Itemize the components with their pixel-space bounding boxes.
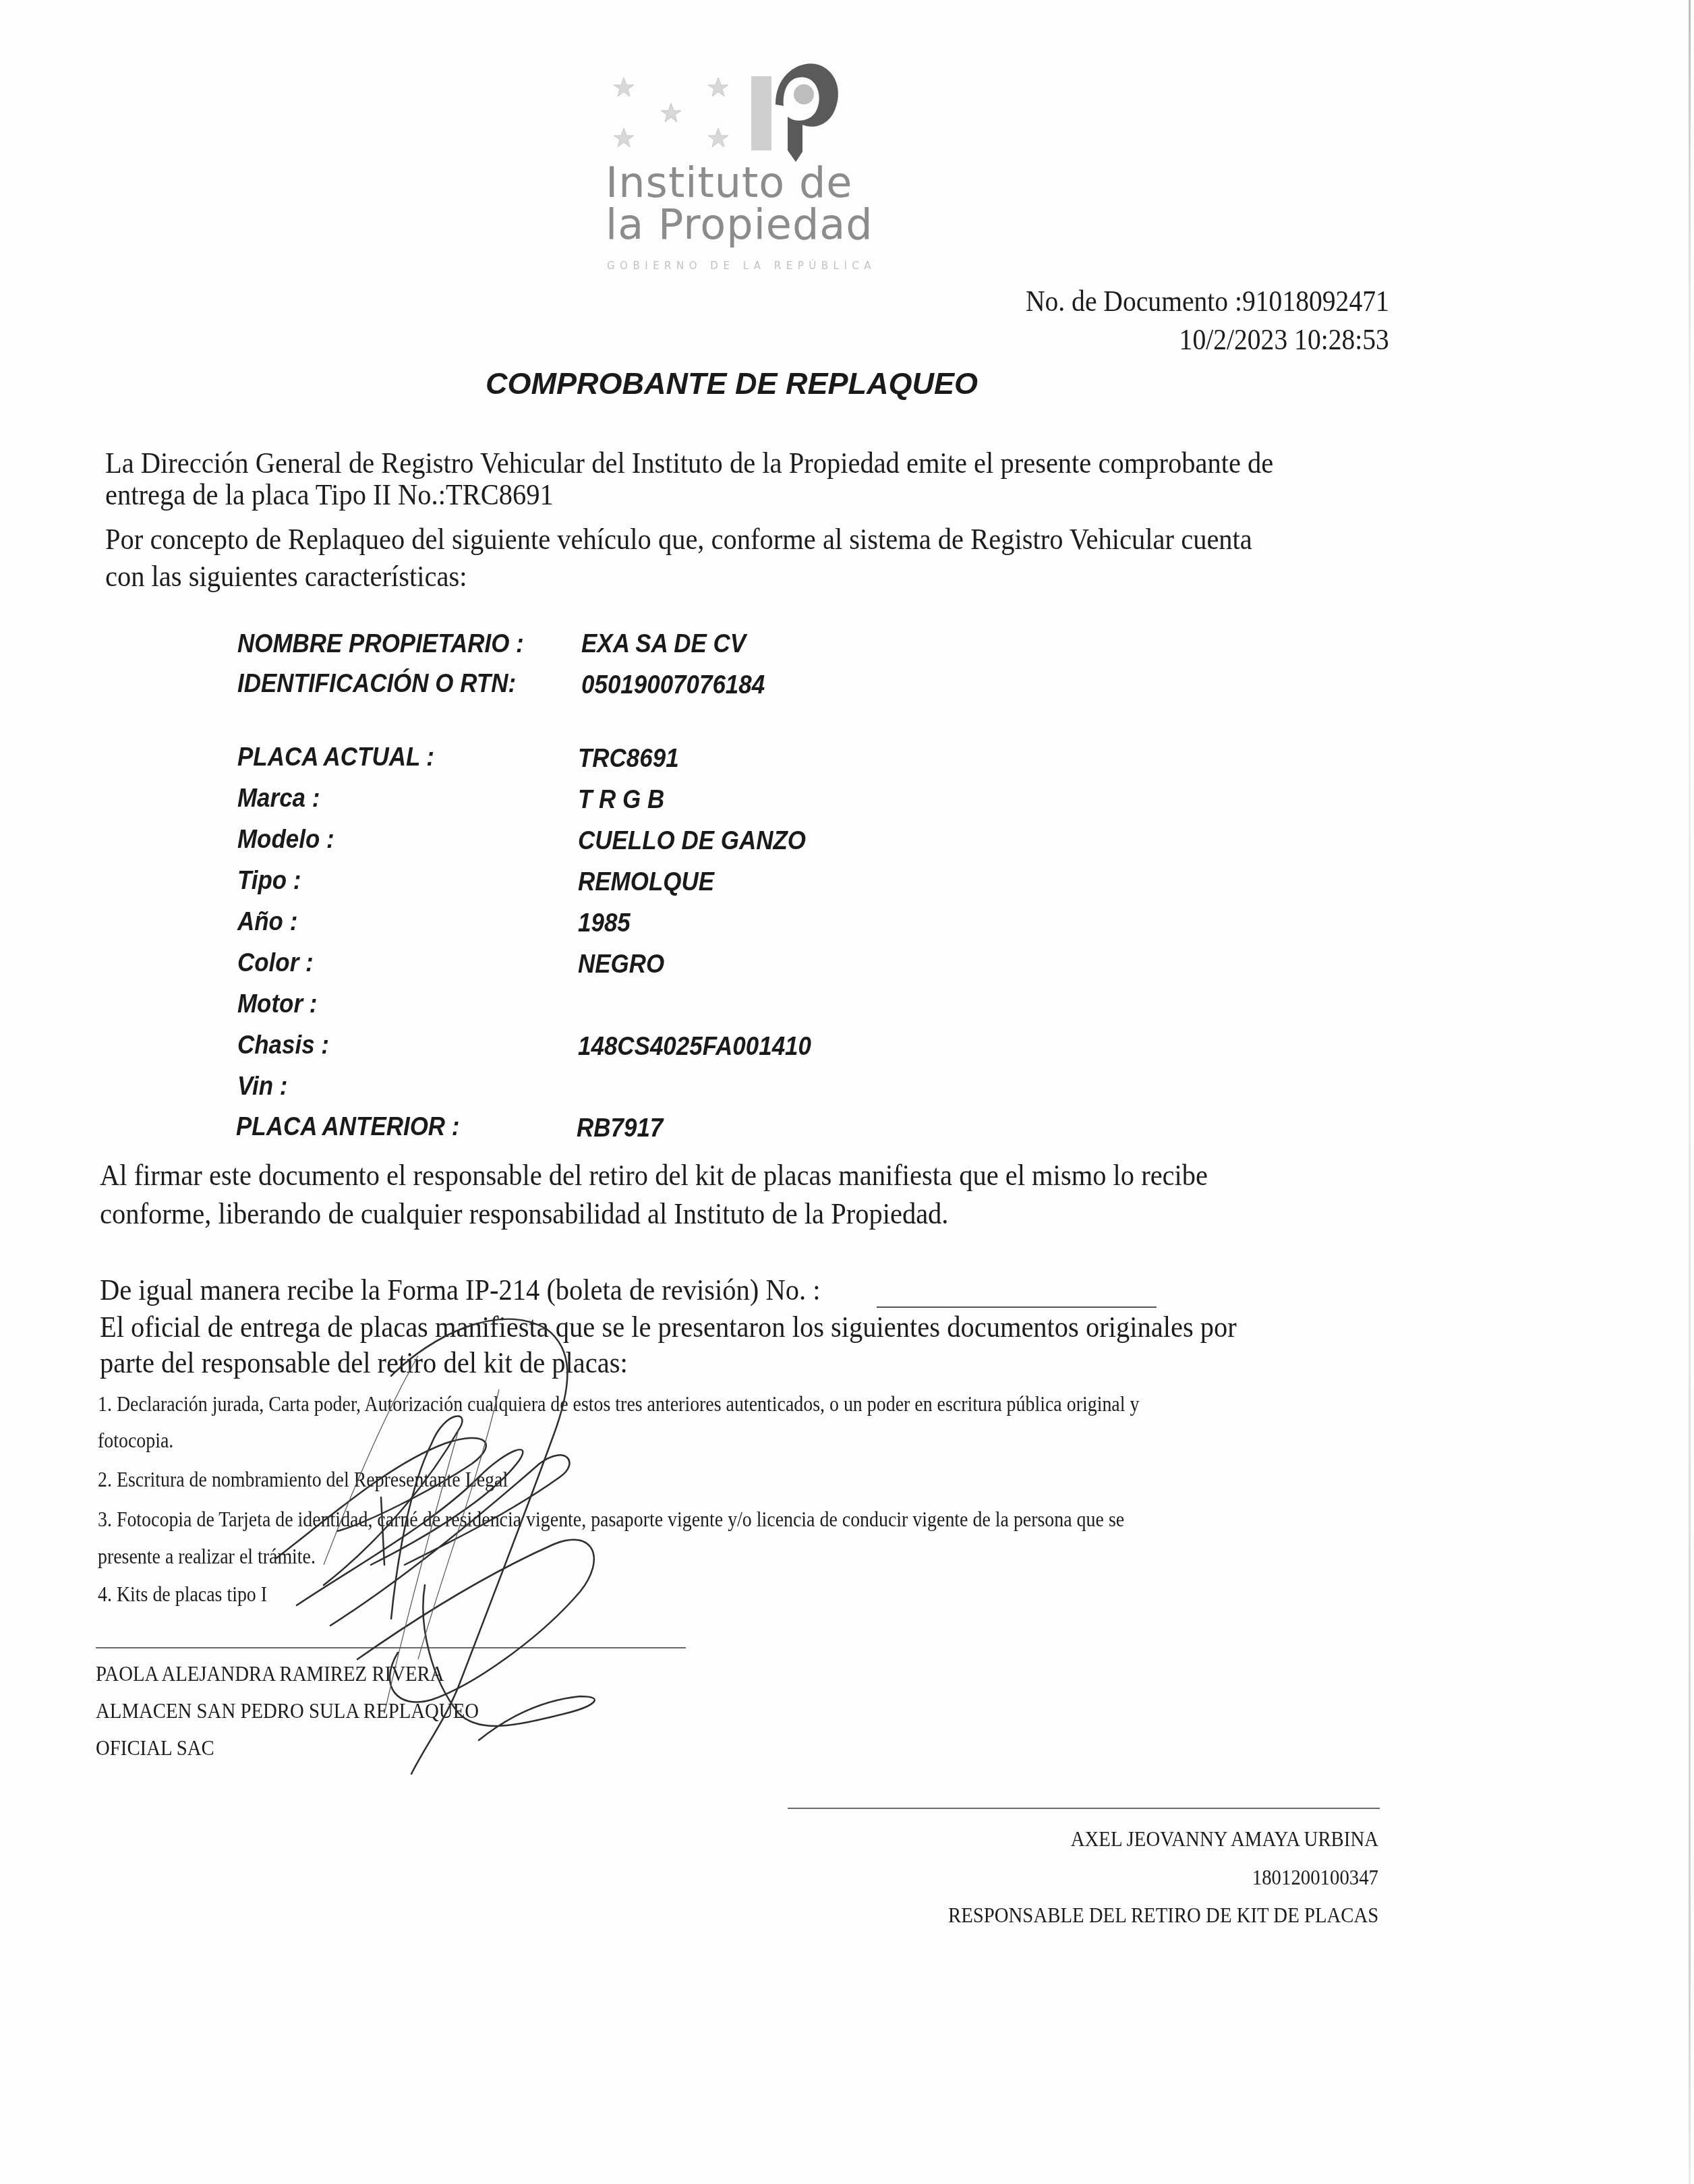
logo-title-line2: la Propiedad	[606, 204, 873, 246]
field-value: 148CS4025FA001410	[578, 1034, 811, 1060]
officer-statement-line: parte del responsable del retiro del kit…	[100, 1348, 628, 1378]
officer-role: OFICIAL SAC	[96, 1737, 214, 1758]
field-label: PLACA ANTERIOR :	[236, 1114, 459, 1140]
logo-title-line1: Instituto de	[606, 162, 852, 204]
field-label: Motor :	[237, 992, 317, 1017]
field-value: TRC8691	[578, 746, 679, 772]
page-title: COMPROBANTE DE REPLAQUEO	[486, 368, 978, 399]
field-value: REMOLQUE	[578, 869, 714, 895]
intro-line: entrega de la placa Tipo II No.:TRC8691	[105, 480, 554, 510]
owner-name-label: NOMBRE PROPIETARIO :	[237, 631, 524, 657]
logo-tagline: GOBIERNO DE LA REPÚBLICA	[607, 260, 876, 272]
intro-line: La Dirección General de Registro Vehicul…	[105, 448, 1273, 478]
owner-id-label: IDENTIFICACIÓN O RTN:	[237, 671, 516, 697]
officer-name: PAOLA ALEJANDRA RAMIREZ RIVERA	[96, 1663, 444, 1684]
location-pin-p-icon	[749, 57, 843, 165]
officer-statement-line: El oficial de entrega de placas manifies…	[100, 1312, 1237, 1342]
field-label: Vin :	[237, 1074, 287, 1099]
recipient-role: RESPONSABLE DEL RETIRO DE KIT DE PLACAS	[948, 1904, 1378, 1926]
form-ip214-line: De igual manera recibe la Forma IP-214 (…	[100, 1275, 820, 1305]
declaration-line: conforme, liberando de cualquier respons…	[100, 1199, 948, 1229]
field-value: NEGRO	[578, 952, 664, 977]
field-value: RB7917	[577, 1116, 663, 1141]
recipient-name: AXEL JEOVANNY AMAYA URBINA	[1071, 1828, 1378, 1849]
requirement-item: 4. Kits de placas tipo I	[98, 1584, 267, 1605]
field-label: Año :	[237, 909, 297, 935]
field-value: 1985	[578, 911, 631, 936]
officer-location: ALMACEN SAN PEDRO SULA REPLAQUEO	[96, 1700, 479, 1721]
requirement-item: 1. Declaración jurada, Carta poder, Auto…	[98, 1393, 1139, 1414]
field-label: Color :	[237, 950, 314, 976]
document-datetime: 10/2/2023 10:28:53	[1179, 325, 1389, 355]
intro-line: con las siguientes características:	[105, 561, 467, 592]
document-number: No. de Documento :91018092471	[1026, 287, 1389, 316]
owner-name-value: EXA SA DE CV	[581, 631, 746, 657]
field-label: Chasis :	[237, 1033, 329, 1058]
intro-line: Por concepto de Replaqueo del siguiente …	[105, 524, 1252, 554]
stars-icon	[607, 74, 755, 155]
owner-id-value: 05019007076184	[581, 672, 765, 698]
field-value: T R G B	[578, 787, 664, 813]
requirement-item: presente a realizar el trámite.	[98, 1546, 316, 1567]
recipient-id: 1801200100347	[1252, 1866, 1378, 1888]
field-value: CUELLO DE GANZO	[578, 828, 806, 854]
recipient-signature-line	[788, 1808, 1380, 1809]
field-label: Marca :	[237, 786, 320, 811]
field-label: Modelo :	[237, 827, 334, 853]
declaration-line: Al firmar este documento el responsable …	[100, 1160, 1208, 1190]
form-number-field[interactable]	[877, 1306, 1157, 1308]
field-label: PLACA ACTUAL :	[237, 745, 434, 770]
officer-signature-line	[96, 1647, 686, 1648]
scan-edge	[1689, 0, 1691, 2184]
requirement-item: 2. Escritura de nombramiento del Represe…	[98, 1469, 508, 1490]
requirement-item: fotocopia.	[98, 1430, 173, 1451]
requirement-item: 3. Fotocopia de Tarjeta de identidad, ca…	[98, 1509, 1124, 1530]
field-label: Tipo :	[237, 868, 301, 894]
